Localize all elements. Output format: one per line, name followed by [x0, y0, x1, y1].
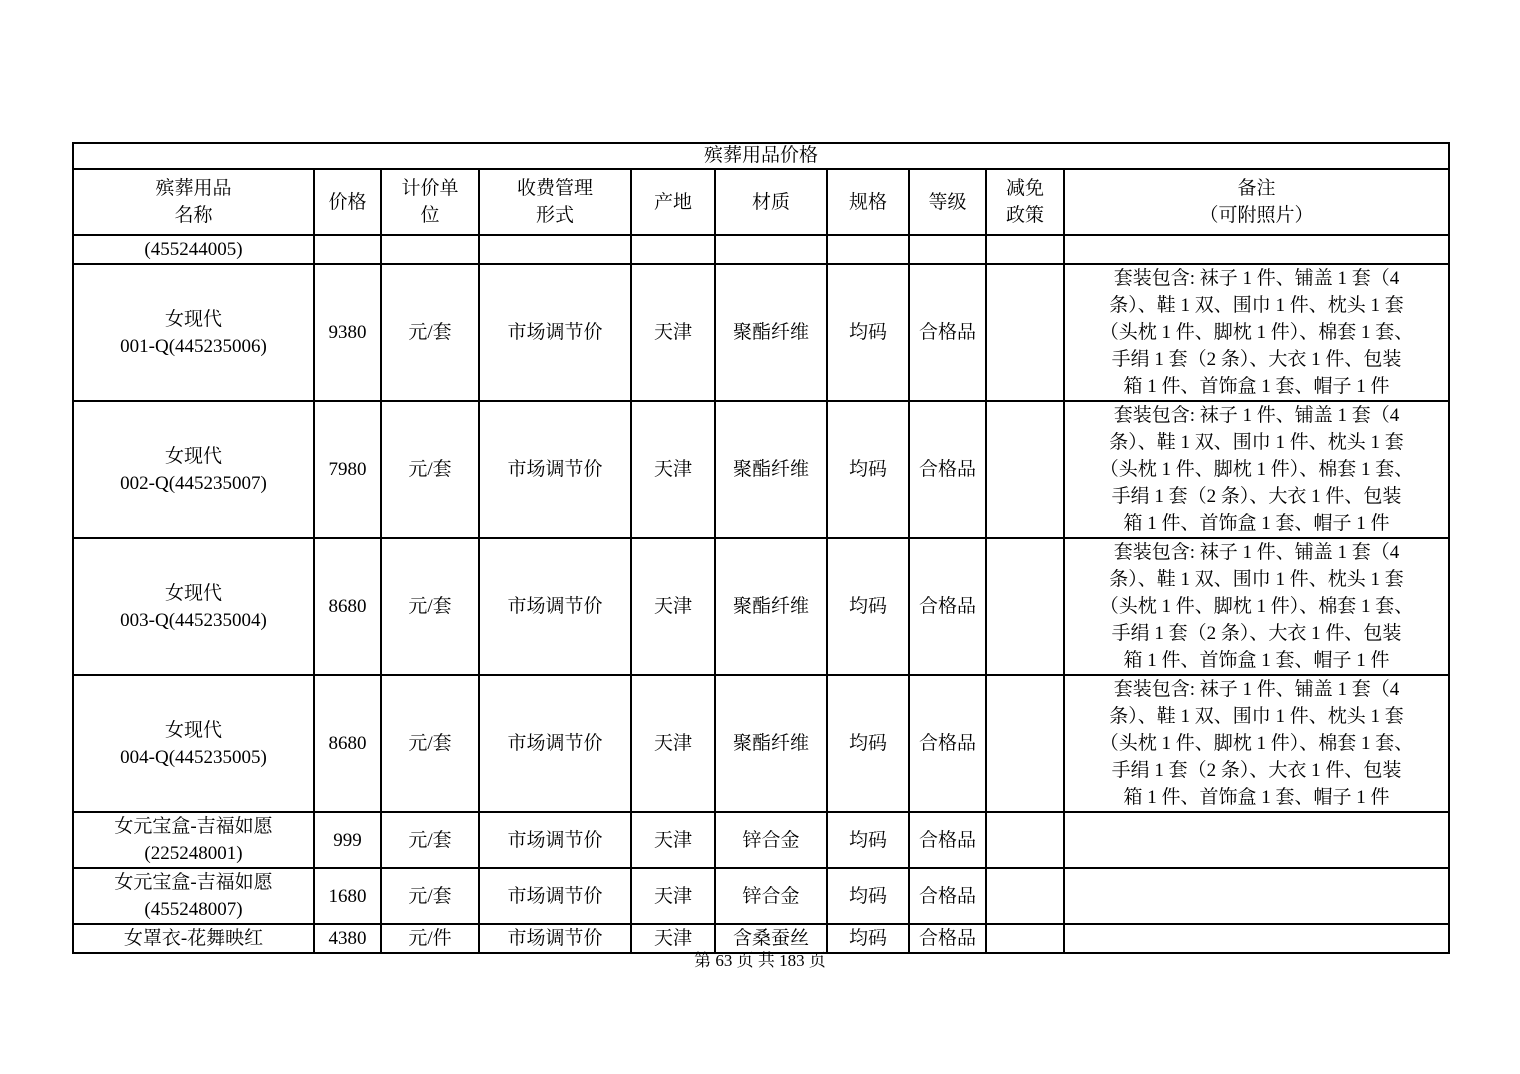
cell-remark: 套装包含: 袜子 1 件、铺盖 1 套（4 条）、鞋 1 双、围巾 1 件、枕头…	[1064, 538, 1449, 675]
cell-product-name: 女现代 004-Q(445235005)	[73, 675, 314, 812]
table-row: 女现代 003-Q(445235004) 8680 元/套 市场调节价 天津 聚…	[73, 538, 1449, 675]
cell-fee-mode: 市场调节价	[479, 538, 631, 675]
cell-policy	[986, 264, 1064, 401]
cell-unit: 元/套	[381, 401, 479, 538]
cell-origin: 天津	[631, 812, 715, 868]
column-header-remark: 备注 （可附照片）	[1064, 169, 1449, 235]
cell-product-name: (455244005)	[73, 235, 314, 264]
cell-material: 锌合金	[715, 812, 827, 868]
cell-policy	[986, 401, 1064, 538]
cell-product-name: 女现代 003-Q(445235004)	[73, 538, 314, 675]
table-row: 女现代 001-Q(445235006) 9380 元/套 市场调节价 天津 聚…	[73, 264, 1449, 401]
cell-unit: 元/套	[381, 868, 479, 924]
cell-policy	[986, 235, 1064, 264]
column-header-name: 殡葬用品 名称	[73, 169, 314, 235]
cell-origin: 天津	[631, 401, 715, 538]
cell-spec	[827, 235, 909, 264]
cell-policy	[986, 538, 1064, 675]
cell-grade	[909, 235, 986, 264]
cell-material	[715, 235, 827, 264]
table-row: 女元宝盒-吉福如愿 (225248001) 999 元/套 市场调节价 天津 锌…	[73, 812, 1449, 868]
cell-product-name: 女元宝盒-吉福如愿 (225248001)	[73, 812, 314, 868]
cell-material: 聚酯纤维	[715, 675, 827, 812]
table-header-row: 殡葬用品 名称 价格 计价单 位 收费管理 形式 产地 材质 规格 等级 减免 …	[73, 169, 1449, 235]
page-number-indicator: 第 63 页 共 183 页	[72, 948, 1448, 974]
cell-price	[314, 235, 381, 264]
cell-material: 锌合金	[715, 868, 827, 924]
cell-fee-mode: 市场调节价	[479, 675, 631, 812]
cell-policy	[986, 868, 1064, 924]
document-page: 殡葬用品价格 殡葬用品 名称 价格 计价单 位 收费管理 形式 产地 材质 规格…	[0, 0, 1520, 1074]
cell-fee-mode	[479, 235, 631, 264]
cell-product-name: 女现代 001-Q(445235006)	[73, 264, 314, 401]
column-header-fee-mode: 收费管理 形式	[479, 169, 631, 235]
cell-spec: 均码	[827, 675, 909, 812]
column-header-grade: 等级	[909, 169, 986, 235]
cell-remark: 套装包含: 袜子 1 件、铺盖 1 套（4 条）、鞋 1 双、围巾 1 件、枕头…	[1064, 675, 1449, 812]
cell-unit	[381, 235, 479, 264]
cell-grade: 合格品	[909, 675, 986, 812]
cell-fee-mode: 市场调节价	[479, 264, 631, 401]
column-header-unit: 计价单 位	[381, 169, 479, 235]
cell-price: 8680	[314, 538, 381, 675]
cell-price: 9380	[314, 264, 381, 401]
table-title: 殡葬用品价格	[73, 143, 1449, 169]
cell-origin: 天津	[631, 868, 715, 924]
cell-material: 聚酯纤维	[715, 264, 827, 401]
cell-price: 8680	[314, 675, 381, 812]
cell-price: 7980	[314, 401, 381, 538]
cell-remark: 套装包含: 袜子 1 件、铺盖 1 套（4 条）、鞋 1 双、围巾 1 件、枕头…	[1064, 401, 1449, 538]
cell-spec: 均码	[827, 868, 909, 924]
cell-price: 1680	[314, 868, 381, 924]
table-row: 女现代 004-Q(445235005) 8680 元/套 市场调节价 天津 聚…	[73, 675, 1449, 812]
cell-remark: 套装包含: 袜子 1 件、铺盖 1 套（4 条）、鞋 1 双、围巾 1 件、枕头…	[1064, 264, 1449, 401]
table-body: (455244005) 女现代 001-Q(445235006) 9380 元/…	[73, 235, 1449, 953]
cell-remark	[1064, 868, 1449, 924]
column-header-origin: 产地	[631, 169, 715, 235]
table-row: 女元宝盒-吉福如愿 (455248007) 1680 元/套 市场调节价 天津 …	[73, 868, 1449, 924]
cell-origin: 天津	[631, 675, 715, 812]
cell-fee-mode: 市场调节价	[479, 812, 631, 868]
table-row: (455244005)	[73, 235, 1449, 264]
cell-spec: 均码	[827, 264, 909, 401]
cell-grade: 合格品	[909, 538, 986, 675]
cell-spec: 均码	[827, 812, 909, 868]
cell-grade: 合格品	[909, 264, 986, 401]
cell-origin: 天津	[631, 538, 715, 675]
cell-product-name: 女元宝盒-吉福如愿 (455248007)	[73, 868, 314, 924]
cell-fee-mode: 市场调节价	[479, 868, 631, 924]
cell-remark	[1064, 235, 1449, 264]
cell-unit: 元/套	[381, 538, 479, 675]
cell-fee-mode: 市场调节价	[479, 401, 631, 538]
cell-origin	[631, 235, 715, 264]
cell-unit: 元/套	[381, 264, 479, 401]
cell-material: 聚酯纤维	[715, 538, 827, 675]
cell-grade: 合格品	[909, 401, 986, 538]
cell-spec: 均码	[827, 538, 909, 675]
cell-policy	[986, 675, 1064, 812]
column-header-spec: 规格	[827, 169, 909, 235]
cell-price: 999	[314, 812, 381, 868]
cell-grade: 合格品	[909, 868, 986, 924]
table-row: 女现代 002-Q(445235007) 7980 元/套 市场调节价 天津 聚…	[73, 401, 1449, 538]
cell-spec: 均码	[827, 401, 909, 538]
cell-unit: 元/套	[381, 812, 479, 868]
table-title-row: 殡葬用品价格	[73, 143, 1449, 169]
cell-remark	[1064, 812, 1449, 868]
funeral-supplies-price-table: 殡葬用品价格 殡葬用品 名称 价格 计价单 位 收费管理 形式 产地 材质 规格…	[72, 142, 1450, 954]
cell-policy	[986, 812, 1064, 868]
cell-product-name: 女现代 002-Q(445235007)	[73, 401, 314, 538]
column-header-price: 价格	[314, 169, 381, 235]
column-header-material: 材质	[715, 169, 827, 235]
column-header-policy: 减免 政策	[986, 169, 1064, 235]
cell-origin: 天津	[631, 264, 715, 401]
cell-material: 聚酯纤维	[715, 401, 827, 538]
cell-grade: 合格品	[909, 812, 986, 868]
cell-unit: 元/套	[381, 675, 479, 812]
